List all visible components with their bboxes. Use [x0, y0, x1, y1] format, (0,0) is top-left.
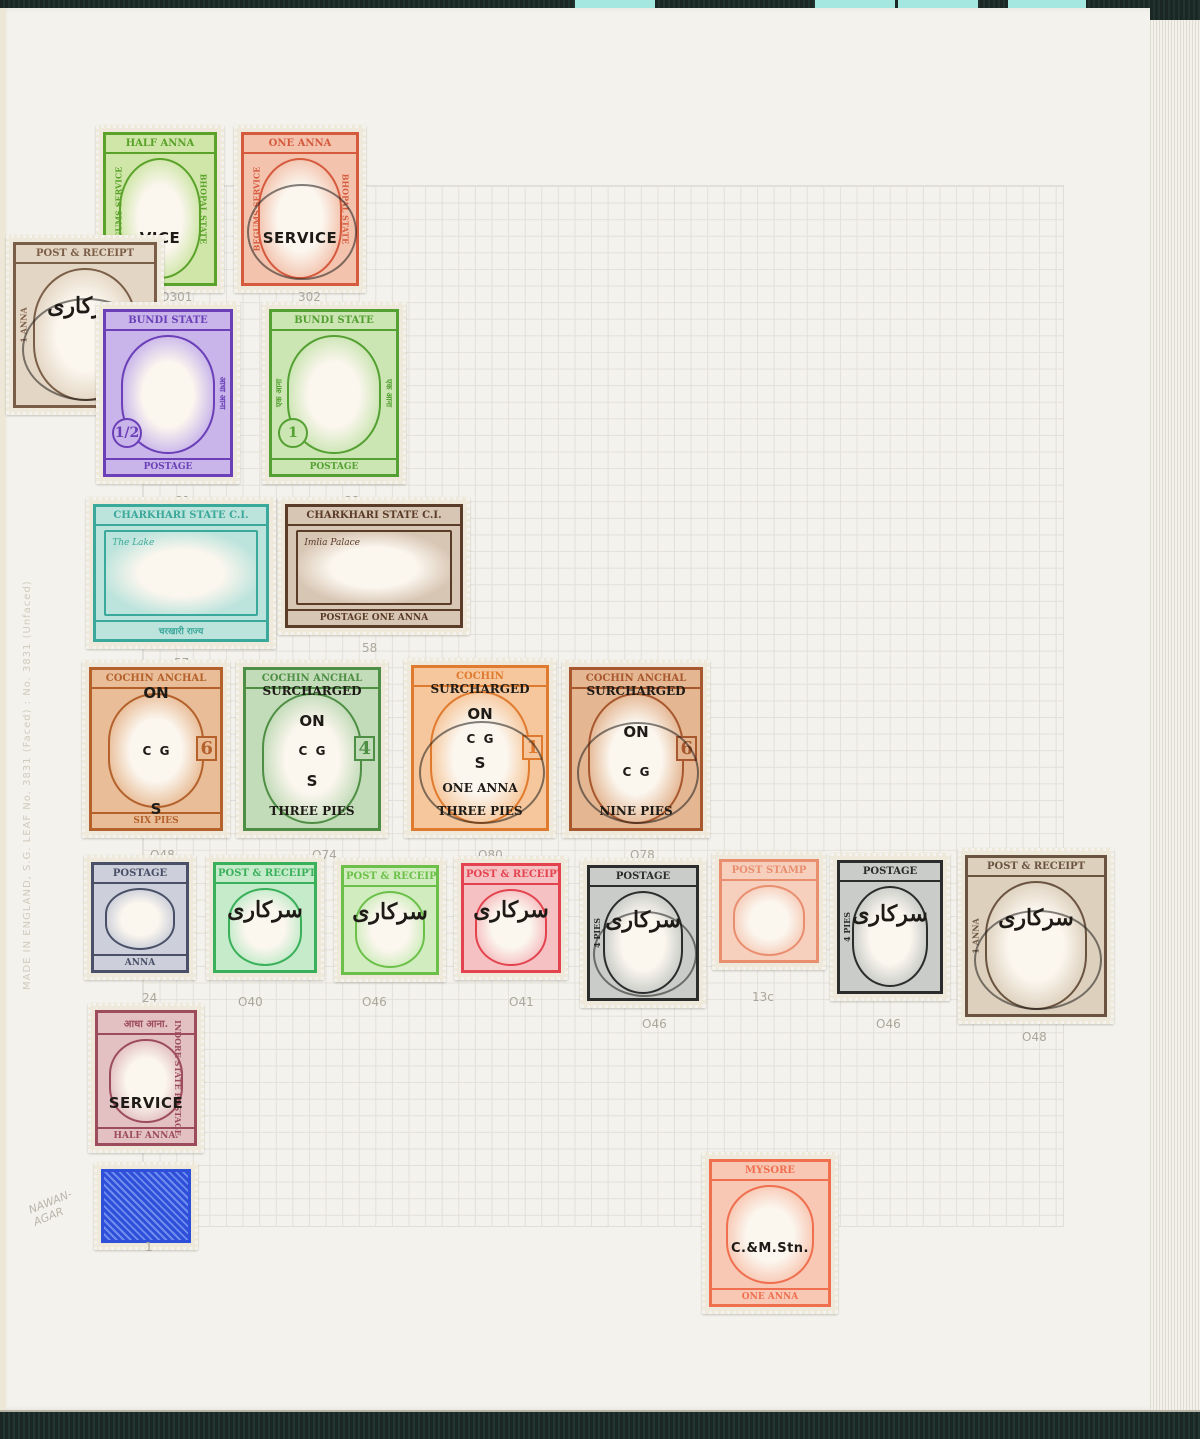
stamp-bottom-inscription: POSTAGE ONE ANNA: [288, 609, 460, 625]
stamp-portrait-medallion: The Lake: [104, 530, 258, 616]
stamp-bottom-inscription: POSTAGE: [272, 458, 396, 474]
stamp-hyderabad-4-pies-1[interactable]: POSTAGE4 PIESسرکاری: [580, 858, 706, 1008]
stamp-top-inscription: POST & RECEIPT: [216, 865, 314, 884]
stamp-bottom-inscription: ONE ANNA: [712, 1288, 828, 1304]
stamp-portrait-medallion: [104, 1172, 188, 1240]
stamp-design: BUNDI STATEPOSTAGEएक आनाएक आना1: [269, 309, 399, 477]
stamp-bundi-one-anna[interactable]: BUNDI STATEPOSTAGEएक आनाएक आना1: [262, 302, 406, 484]
album-leaf-binding-edge: [0, 8, 6, 1410]
stamp-cochin-three-pies[interactable]: COCHIN ANCHAL4SURCHARGEDONC GSTHREE PIES: [236, 660, 388, 838]
stamp-overprint-line: C G: [622, 765, 649, 779]
catalogue-number: O46: [362, 995, 387, 1009]
stamp-overprint: سرکاری: [464, 897, 558, 923]
stamp-design: CHARKHARI STATE C.I.Imlia PalacePOSTAGE …: [285, 504, 463, 628]
stamp-top-inscription: POST & RECEIPT: [464, 866, 558, 885]
stamp-charkhari-lake[interactable]: CHARKHARI STATE C.I.The Lakeचरखारी राज्य: [86, 497, 276, 649]
stamp-overprint-line: SURCHARGED: [586, 684, 685, 698]
stamp-value-numeral: 1: [278, 418, 308, 448]
stamp-design: POSTAGE4 PIESسرکاری: [587, 865, 699, 1001]
stamp-overprint-line: C G: [298, 744, 325, 758]
stamp-portrait-medallion: [258, 158, 343, 279]
stamp-top-inscription: CHARKHARI STATE C.I.: [288, 507, 460, 526]
stamp-design: COCHIN ANCHAL6SURCHARGEDONC GNINE PIES: [569, 667, 703, 831]
stamp-top-inscription: ONE ANNA: [244, 135, 356, 154]
stamp-design: MYSOREONE ANNAC.&M.Stn.: [709, 1159, 831, 1307]
stamp-portrait-medallion: [985, 881, 1087, 1010]
catalogue-number: O41: [509, 995, 534, 1009]
stamp-overprint: سرکاری: [840, 901, 940, 927]
stamp-hyderabad-red[interactable]: POST & RECEIPTسرکاری: [454, 856, 568, 980]
stamp-top-inscription: BUNDI STATE: [106, 312, 230, 331]
stamp-mysore-one-anna[interactable]: MYSOREONE ANNAC.&M.Stn.: [702, 1152, 838, 1314]
stamp-top-inscription: MYSORE: [712, 1162, 828, 1181]
stamp-portrait-medallion: Imlia Palace: [296, 530, 451, 605]
stamp-overprint-line: ON: [623, 723, 648, 741]
stamp-right-inscription: एक आना: [384, 379, 395, 407]
stamp-overprint: SERVICE: [244, 229, 356, 247]
stamp-overprint-block: ONC GS: [92, 684, 220, 818]
stamp-overprint-line: ON: [467, 705, 492, 723]
stamp-design: आधा आना.HALF ANNA.INDORE STATE POSTAGESE…: [95, 1010, 197, 1146]
stamp-right-inscription: INDORE STATE POSTAGE: [173, 1020, 183, 1136]
stamp-bhopal-one-anna[interactable]: ONE ANNABEGUMS SERVICEBHOPAL STATESERVIC…: [234, 125, 366, 293]
stamp-design: COCHIN ANCHAL4SURCHARGEDONC GSTHREE PIES: [243, 667, 381, 831]
stamp-bottom-inscription: चरखारी राज्य: [96, 620, 266, 639]
stamp-top-inscription: POSTAGE: [590, 868, 696, 887]
stamp-left-inscription: एक आना: [273, 379, 284, 407]
stamp-top-inscription: POSTAGE: [94, 865, 186, 884]
stamp-overprint-line: S: [475, 754, 486, 772]
stamp-hyderabad-post-stamp[interactable]: POST STAMP: [712, 852, 826, 970]
stamp-caption: Imlia Palace: [298, 532, 449, 554]
stamp-overprint: SERVICE: [98, 1094, 194, 1112]
stamp-overprint-line: ONE ANNA: [442, 781, 517, 795]
stamp-overprint: سرکاری: [590, 907, 696, 933]
stamp-top-inscription: POST STAMP: [722, 862, 816, 881]
stamp-overprint: سرکاری: [216, 897, 314, 923]
stamp-charkhari-palace[interactable]: CHARKHARI STATE C.I.Imlia PalacePOSTAGE …: [278, 497, 470, 635]
stamp-design: POSTAGEANNA: [91, 862, 189, 973]
stamp-overprint: سرکاری: [968, 905, 1104, 931]
stamp-overprint-block: SURCHARGEDONC GSTHREE PIES: [246, 684, 378, 818]
stamp-design: [101, 1169, 191, 1243]
stamp-right-inscription: आधा आना: [217, 377, 228, 410]
stamp-overprint-line: NINE PIES: [599, 804, 672, 818]
stamp-design: POST STAMP: [719, 859, 819, 963]
stamp-overprint-block: SURCHARGEDONC GNINE PIES: [572, 684, 700, 818]
stamp-top-inscription: BUNDI STATE: [272, 312, 396, 331]
stamp-value-numeral: 1/2: [112, 418, 142, 448]
stamp-overprint-line: THREE PIES: [269, 804, 354, 818]
stamp-design: POST & RECEIPT1 ANNAسرکاری: [965, 855, 1107, 1017]
stamp-overprint-line: S: [151, 800, 162, 818]
stamp-hyderabad-green-1[interactable]: POST & RECEIPTسرکاری: [206, 855, 324, 980]
stamp-design: POSTAGE4 PIESسرکاری: [837, 860, 943, 994]
stamp-overprint-line: THREE PIES: [437, 804, 522, 818]
stamp-top-inscription: POST & RECEIPT: [344, 868, 436, 887]
stamp-hyderabad-post-receipt-2[interactable]: POST & RECEIPT1 ANNAسرکاری: [958, 848, 1114, 1024]
stamp-design: POST & RECEIPTسرکاری: [213, 862, 317, 973]
stamp-hyderabad-postage-grey[interactable]: POSTAGEANNA: [84, 855, 196, 980]
stamp-top-inscription: CHARKHARI STATE C.I.: [96, 507, 266, 526]
stamp-design: COCHIN1SURCHARGEDONC GSONE ANNATHREE PIE…: [411, 665, 549, 831]
stamp-nawanagar[interactable]: [94, 1162, 198, 1250]
stamp-design: POST & RECEIPTسرکاری: [341, 865, 439, 975]
stamp-design: ONE ANNABEGUMS SERVICEBHOPAL STATESERVIC…: [241, 132, 359, 286]
stamp-hyderabad-4-pies-2[interactable]: POSTAGE4 PIESسرکاری: [830, 853, 950, 1001]
stamp-portrait-medallion: [733, 885, 805, 956]
stamp-overprint: C.&M.Stn.: [712, 1241, 828, 1256]
stamp-overprint-block: SURCHARGEDONC GSONE ANNATHREE PIES: [414, 682, 546, 818]
catalogue-number: O46: [642, 1017, 667, 1031]
stamp-portrait-medallion: [726, 1185, 814, 1284]
stamp-top-inscription: HALF ANNA: [106, 135, 214, 154]
stamp-overprint-line: ON: [299, 712, 324, 730]
catalogue-number: 13c: [752, 990, 774, 1004]
leaf-imprint: MADE IN ENGLAND, S.G. LEAF No. 3831 (Fac…: [22, 580, 33, 990]
stamp-overprint-line: SURCHARGED: [430, 682, 529, 696]
stamp-design: CHARKHARI STATE C.I.The Lakeचरखारी राज्य: [93, 504, 269, 642]
catalogue-number: O46: [876, 1017, 901, 1031]
stamp-overprint-line: C G: [466, 732, 493, 746]
stamp-cochin-six-pies[interactable]: COCHIN ANCHALSIX PIES6ONC GS: [82, 660, 230, 838]
stamp-bottom-inscription: POSTAGE: [106, 458, 230, 474]
stamp-overprint-line: ON: [143, 684, 168, 702]
album-cover-bottom: [0, 1410, 1200, 1439]
stamp-top-inscription: POST & RECEIPT: [968, 858, 1104, 877]
stamp-caption: The Lake: [106, 532, 256, 554]
stamp-design: COCHIN ANCHALSIX PIES6ONC GS: [89, 667, 223, 831]
stamp-overprint: سرکاری: [344, 899, 436, 925]
catalogue-number: 58: [362, 641, 377, 655]
stamp-top-inscription: POST & RECEIPT: [16, 245, 154, 264]
stamp-bundi-half-anna[interactable]: BUNDI STATEPOSTAGEआधा आना1/2: [96, 302, 240, 484]
stamp-design: POST & RECEIPTسرکاری: [461, 863, 561, 973]
catalogue-number: 1: [145, 1240, 153, 1254]
page-stack-edges: [1148, 20, 1200, 1415]
stamp-overprint-line: SURCHARGED: [262, 684, 361, 698]
stamp-hyderabad-green-2[interactable]: POST & RECEIPTسرکاری: [334, 858, 446, 982]
catalogue-number: O40: [238, 995, 263, 1009]
stamp-indore-half-anna[interactable]: आधा आना.HALF ANNA.INDORE STATE POSTAGESE…: [88, 1003, 204, 1153]
catalogue-number: O48: [1022, 1030, 1047, 1044]
stamp-top-inscription: POSTAGE: [840, 863, 940, 882]
stamp-bottom-inscription: ANNA: [94, 954, 186, 970]
stamp-portrait-medallion: [105, 888, 175, 950]
stamp-overprint-line: C G: [142, 744, 169, 758]
stamp-cochin-nine-pies[interactable]: COCHIN ANCHAL6SURCHARGEDONC GNINE PIES: [562, 660, 710, 838]
stamp-overprint-line: S: [307, 772, 318, 790]
stamp-cochin-one-anna-three-pies[interactable]: COCHIN1SURCHARGEDONC GSONE ANNATHREE PIE…: [404, 658, 556, 838]
stamp-design: BUNDI STATEPOSTAGEआधा आना1/2: [103, 309, 233, 477]
